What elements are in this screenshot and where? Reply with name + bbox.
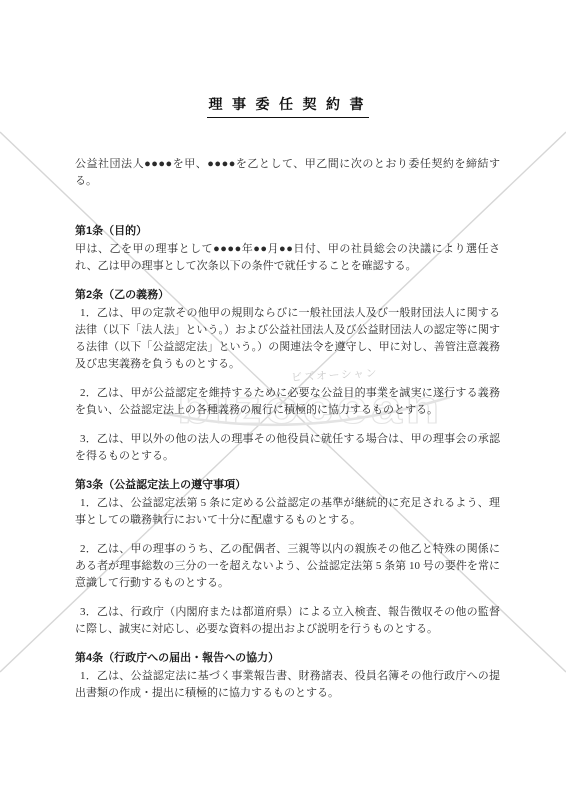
- article-1-paragraph-1: 甲は、乙を甲の理事として●●●●年●●月●●日付、甲の社員総会の決議により選任さ…: [75, 241, 500, 275]
- article-2-obligations: 第2条（乙の義務） 1．乙は、甲の定款その他甲の規則ならびに一般社団法人及び一般…: [75, 287, 500, 465]
- article-4-reporting-cooperation: 第4条（行政庁への届出・報告への協力） 1．乙は、公益認定法に基づく事業報告書、…: [75, 650, 500, 702]
- document-content: 理 事 委 任 契 約 書 公益社団法人●●●●を甲、●●●●を乙として、甲乙間…: [0, 0, 566, 800]
- article-3-paragraph-2: 2．乙は、甲の理事のうち、乙の配偶者、三親等以内の親族その他乙と特殊の関係にある…: [75, 541, 500, 592]
- article-4-heading: 第4条（行政庁への届出・報告への協力）: [75, 650, 500, 667]
- article-2-heading: 第2条（乙の義務）: [75, 287, 500, 304]
- article-2-paragraph-2: 2．乙は、甲が公益認定を維持するために必要な公益目的事業を誠実に遂行する義務を負…: [75, 385, 500, 419]
- article-3-heading: 第3条（公益認定法上の遵守事項）: [75, 477, 500, 494]
- article-2-paragraph-1: 1．乙は、甲の定款その他甲の規則ならびに一般社団法人及び一般財団法人に関する法律…: [75, 305, 500, 373]
- intro-paragraph: 公益社団法人●●●●を甲、●●●●を乙として、甲乙間に次のとおり委任契約を締結す…: [75, 156, 500, 190]
- article-3-paragraph-1: 1．乙は、公益認定法第 5 条に定める公益認定の基準が継続的に充足されるよう、理…: [75, 495, 500, 529]
- title-row: 理 事 委 任 契 約 書: [75, 96, 500, 118]
- article-3-paragraph-3: 3．乙は、行政庁（内閣府または都道府県）による立入検査、報告徴収その他の監督に際…: [75, 604, 500, 638]
- document-title: 理 事 委 任 契 約 書: [207, 97, 369, 118]
- article-1-heading: 第1条（目的）: [75, 223, 500, 240]
- article-2-paragraph-3: 3．乙は、甲以外の他の法人の理事その他役員に就任する場合は、甲の理事会の承認を得…: [75, 431, 500, 465]
- article-1-purpose: 第1条（目的） 甲は、乙を甲の理事として●●●●年●●月●●日付、甲の社員総会の…: [75, 223, 500, 275]
- article-4-paragraph-1: 1．乙は、公益認定法に基づく事業報告書、財務諸表、役員名簿その他行政庁への提出書…: [75, 668, 500, 702]
- article-3-compliance: 第3条（公益認定法上の遵守事項） 1．乙は、公益認定法第 5 条に定める公益認定…: [75, 477, 500, 638]
- contract-document-page: bizocean ビズオーシャン 理 事 委 任 契 約 書 公益社団法人●●●…: [0, 0, 566, 800]
